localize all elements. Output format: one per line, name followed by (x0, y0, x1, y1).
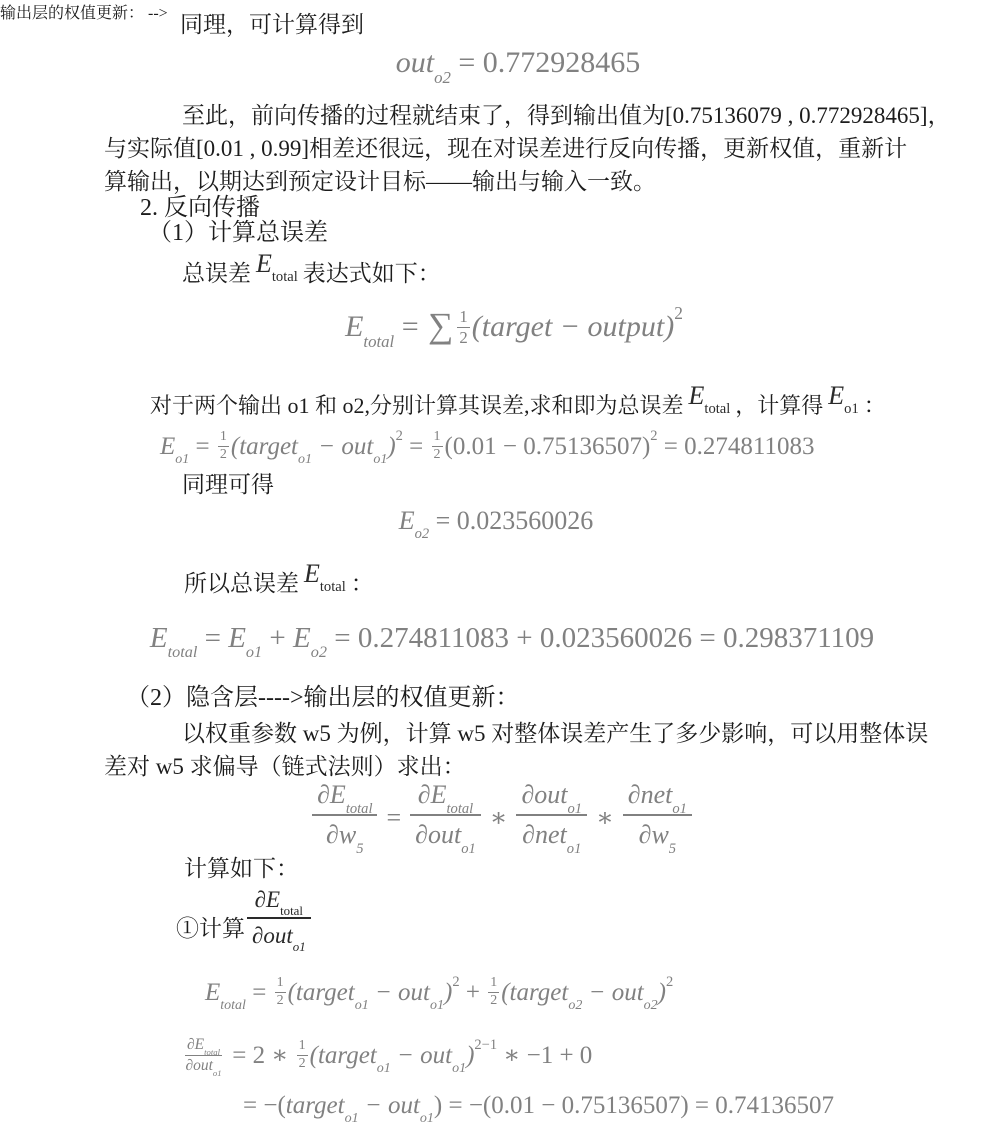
fraction-numerator: 1 (275, 976, 286, 993)
math-token: ∂E (187, 1036, 204, 1053)
fraction-one-half: 12 (218, 430, 229, 462)
math-subscript: o1 (452, 1061, 466, 1076)
math-token: (target (231, 433, 298, 460)
math-subscript: total (204, 1047, 220, 1057)
fraction-denominator: ∂outo1 (247, 919, 311, 950)
fraction-dEtotal-dw5: ∂Etotal∂w5 (312, 779, 377, 850)
math-token: E (150, 622, 168, 654)
equals-operator: = (386, 803, 401, 833)
formula-de-dout-calculation: ∂Etotal∂outo1 = 2 ∗ 12(targeto1 − outo1)… (185, 1038, 592, 1077)
math-token: ∂net (522, 820, 567, 849)
math-subscript: o1 (213, 1068, 222, 1078)
fraction-numerator: ∂Etotal (247, 886, 311, 919)
paragraph-line-tongli-kede: 同理可得 (182, 468, 274, 502)
math-subscript: total (346, 801, 373, 817)
math-token: E (304, 559, 320, 588)
math-subscript: o2 (415, 526, 430, 542)
math-subscript: o1 (345, 1111, 359, 1126)
fraction-denominator: 2 (432, 447, 443, 463)
fraction-dEtotal-dout: ∂Etotal∂outo1 (410, 779, 481, 850)
math-token: = (246, 979, 273, 1006)
text-segment: 对于两个输出 o1 和 o2,分别计算其误差,求和即为总误差 (150, 393, 684, 418)
fraction-numerator: ∂Etotal (312, 779, 377, 816)
math-token: − out (391, 1042, 452, 1069)
math-subscript: o1 (420, 1111, 434, 1126)
math-token: = (197, 622, 228, 654)
math-token: − out (582, 979, 643, 1006)
subsection-heading-hidden-layer: （2）隐含层---->输出层的权值更新： (126, 681, 520, 715)
math-superscript: 2 (396, 428, 403, 444)
fraction-numerator: ∂outo1 (516, 779, 587, 816)
math-subscript: total (220, 998, 246, 1013)
math-token: (target (501, 979, 568, 1006)
fraction-numerator: 1 (432, 430, 443, 447)
math-token: ∂out (252, 923, 293, 948)
fraction-one-half: 12 (297, 1039, 308, 1071)
math-subscript: o1 (461, 841, 476, 857)
math-token: E (256, 249, 272, 278)
math-subscript: total (363, 332, 394, 351)
paragraph-line-zongwucha: 总误差Etotal表达式如下： (182, 256, 441, 291)
math-subscript: o2 (644, 998, 658, 1013)
math-token: + (460, 979, 487, 1006)
math-token: (target (310, 1042, 377, 1069)
math-token: = 2 ∗ (226, 1042, 295, 1069)
math-subscript: o1 (373, 452, 387, 467)
math-subscript: o2 (434, 68, 451, 87)
paragraph-line-duiyu: 对于两个输出 o1 和 o2,分别计算其误差,求和即为总误差Etotal，计算得… (150, 388, 886, 423)
math-subscript: o1 (293, 940, 306, 954)
math-token: ) (387, 433, 395, 460)
math-token: = (189, 433, 216, 460)
fraction-numerator: ∂Etotal (185, 1036, 222, 1056)
math-token: ∂E (317, 780, 346, 809)
math-subscript: total (168, 643, 198, 661)
math-token: E (399, 506, 415, 535)
math-token: − out (312, 433, 373, 460)
fraction-denominator: ∂outo1 (185, 1056, 222, 1075)
math-token: + (262, 622, 293, 654)
formula-body: Etotal = Eo1 + Eo2 = 0.274811083 + 0.023… (150, 622, 874, 655)
formula-out-o2-body: outo2 = 0.772928465 (396, 46, 641, 80)
formula-e-total-sum: Etotal = Eo1 + Eo2 = 0.274811083 + 0.023… (0, 622, 992, 655)
inline-math-e-total: Etotal (689, 381, 731, 410)
math-token: = 0.274811083 + 0.023560026 = 0.29837110… (327, 622, 874, 654)
math-superscript: 2 (650, 428, 657, 444)
math-token: (target − output) (472, 310, 674, 343)
fraction-denominator: ∂w5 (312, 816, 377, 851)
math-subscript: o1 (298, 452, 312, 467)
fraction-one-half: 12 (457, 308, 469, 346)
math-subscript: total (447, 801, 474, 817)
paragraph-line-jisuan: 计算如下： (184, 852, 299, 886)
math-token: = 0.023560026 (429, 506, 593, 535)
math-token: (target (288, 979, 355, 1006)
math-superscript: 2 (452, 974, 459, 990)
math-token: = (394, 310, 426, 343)
text-segment: ，计算得 (735, 393, 823, 418)
math-subscript: total (320, 579, 346, 595)
math-token: ∂w (326, 820, 356, 849)
math-token: = 0.274811083 (658, 433, 815, 460)
math-subscript: o2 (311, 643, 327, 661)
fraction-denominator: 2 (488, 993, 499, 1009)
fraction-numerator: ∂Etotal (410, 779, 481, 816)
fraction-denominator: ∂neto1 (516, 816, 587, 851)
fraction-numerator: 1 (297, 1039, 308, 1056)
math-token: ∂out (521, 780, 567, 809)
math-subscript: total (704, 401, 730, 417)
formula-out-o2: outo2 = 0.772928465 (0, 46, 992, 80)
formula-e-total-expanded: Etotal = 12(targeto1 − outo1)2 + 12(targ… (205, 978, 673, 1010)
text-segment: 表达式如下： (303, 261, 441, 286)
math-token: out (396, 46, 434, 79)
math-subscript: 5 (669, 841, 676, 857)
math-token: ∂E (255, 887, 280, 912)
math-token: E (293, 622, 311, 654)
text-segment: ： (351, 571, 374, 596)
inline-math-e-o1: Eo1 (828, 381, 858, 410)
math-subscript: o1 (246, 643, 262, 661)
math-superscript: 2−1 (474, 1037, 497, 1053)
fraction-denominator: 2 (457, 328, 469, 347)
math-subscript: total (280, 904, 303, 918)
math-token: − out (359, 1092, 420, 1119)
math-superscript: 2 (674, 303, 683, 323)
text-segment: ： (864, 393, 886, 418)
formula-e-total-definition: Etotal = ∑12(target − output)2 (0, 303, 992, 348)
formula-de-dout-result: = −(targeto1 − outo1) = −(0.01 − 0.75136… (243, 1092, 834, 1120)
fraction-numerator: 1 (457, 308, 469, 328)
asterisk-operator: ∗ (490, 803, 508, 833)
math-token: E (345, 310, 363, 343)
math-superscript: 2 (666, 974, 673, 990)
math-token: E (160, 433, 175, 460)
fraction-denominator: ∂outo1 (410, 816, 481, 851)
paragraph-line-zhici-2: 与实际值[0.01 , 0.99]相差还很远，现在对误差进行反向传播，更新权值，… (104, 132, 907, 166)
math-subscript: o1 (672, 801, 687, 817)
math-subscript: o1 (377, 1061, 391, 1076)
text-segment: 所以总误差 (184, 571, 299, 596)
fraction-one-half: 12 (488, 976, 499, 1008)
math-token: E (689, 381, 705, 410)
math-token: ) (658, 979, 666, 1006)
fraction-dnet-dw5: ∂neto1∂w5 (623, 779, 692, 850)
math-token: target (286, 1092, 345, 1119)
paragraph-line-suoyi: 所以总误差Etotal： (184, 566, 374, 601)
sigma-sum-symbol: ∑ (428, 305, 453, 345)
math-subscript: o1 (568, 801, 583, 817)
asterisk-operator: ∗ (596, 803, 614, 833)
paragraph-line-zhici-1: 至此，前向传播的过程就结束了，得到输出值为[0.75136079 , 0.772… (182, 99, 951, 133)
fraction-one-half: 12 (432, 430, 443, 462)
fraction-one-half: 12 (275, 976, 286, 1008)
fraction-denominator: ∂w5 (623, 816, 692, 851)
math-token: = 0.772928465 (451, 46, 640, 79)
math-token: E (828, 381, 844, 410)
inline-math-e-total: Etotal (304, 559, 346, 588)
math-token: ∂out (415, 820, 461, 849)
fraction-numerator: 1 (218, 430, 229, 447)
subsection-heading-total-error: （1）计算总误差 (148, 216, 328, 250)
inline-small-fraction: ∂Etotal∂outo1 (185, 1036, 222, 1075)
math-token: = (403, 433, 430, 460)
fraction-denominator: 2 (218, 447, 229, 463)
math-token: − out (369, 979, 430, 1006)
formula-chain-rule: ∂Etotal∂w5=∂Etotal∂outo1∗∂outo1∂neto1∗∂n… (0, 782, 992, 853)
math-token: ∗ −1 + 0 (497, 1042, 592, 1069)
inline-math-e-total: Etotal (256, 249, 298, 278)
math-token: ∂E (418, 780, 447, 809)
fraction-denominator: 2 (275, 993, 286, 1009)
math-subscript: 5 (356, 841, 363, 857)
math-token: E (228, 622, 246, 654)
formula-body: Etotal = ∑12(target − output)2 (345, 303, 683, 348)
fraction-numerator: 1 (488, 976, 499, 993)
paragraph-line-tongli-intro: 同理，可计算得到 (180, 8, 364, 42)
math-subscript: o1 (567, 841, 582, 857)
formula-body: ∂Etotal∂w5=∂Etotal∂outo1∗∂outo1∂neto1∗∂n… (312, 782, 692, 853)
math-token: ∂w (639, 820, 669, 849)
document-page: 同理，可计算得到 outo2 = 0.772928465 至此，前向传播的过程就… (0, 0, 992, 1133)
text-segment: ①计算 (176, 912, 245, 946)
math-subscript: o2 (568, 998, 582, 1013)
fraction-numerator: ∂neto1 (623, 779, 692, 816)
paragraph-line-w5-1: 以权重参数 w5 为例，计算 w5 对整体误差产生了多少影响，可以用整体误 (182, 717, 928, 751)
math-subscript: o1 (844, 401, 859, 417)
math-token: ∂out (185, 1057, 212, 1074)
math-token: = −( (243, 1092, 286, 1119)
text-segment: 总误差 (182, 261, 251, 286)
math-subscript: total (272, 269, 298, 285)
formula-e-o2: Eo2 = 0.023560026 (0, 506, 992, 536)
math-subscript: o1 (430, 998, 444, 1013)
math-subscript: o1 (175, 452, 189, 467)
formula-e-o1-calculation: Eo1 = 12(targeto1 − outo1)2 = 12(0.01 − … (160, 432, 814, 464)
math-token: (0.01 − 0.75136507) (445, 433, 651, 460)
step1-row: ①计算∂Etotal∂outo1 (176, 882, 311, 946)
fraction-denominator: 2 (297, 1056, 308, 1072)
math-token: ∂net (628, 780, 673, 809)
inline-fraction-dEtotal-dout: ∂Etotal∂outo1 (247, 886, 311, 950)
formula-body: Eo2 = 0.023560026 (399, 506, 594, 535)
fraction-dout-dnet: ∂outo1∂neto1 (516, 779, 587, 850)
math-token: ) = −(0.01 − 0.75136507) = 0.74136507 (434, 1092, 834, 1119)
math-token: E (205, 979, 220, 1006)
math-subscript: o1 (355, 998, 369, 1013)
